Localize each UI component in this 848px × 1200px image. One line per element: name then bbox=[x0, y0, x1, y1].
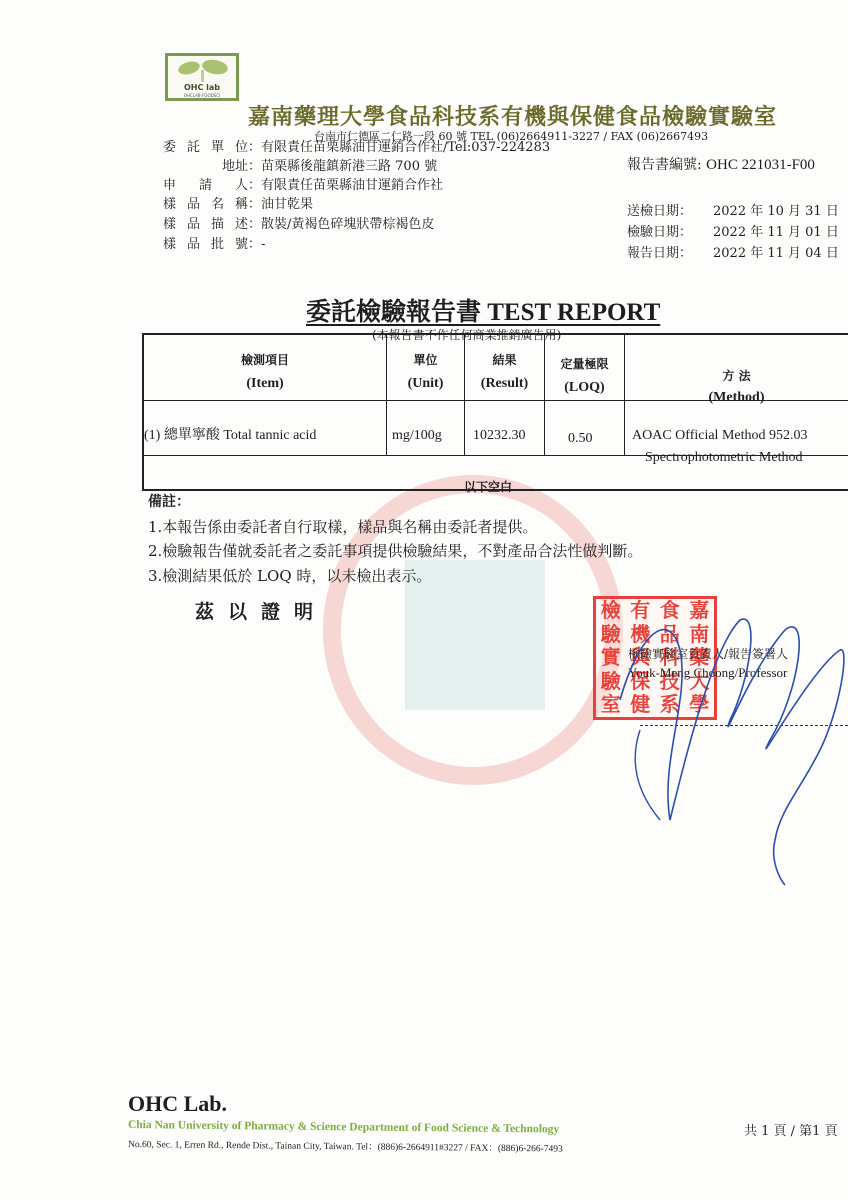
col-header-loq: 定量極限 (LOQ) bbox=[545, 356, 624, 396]
info-label: 樣品批號 bbox=[163, 236, 248, 253]
page-number: 共 1 頁 / 第1 頁 bbox=[744, 1120, 838, 1139]
info-label: 地址 bbox=[163, 158, 248, 175]
info-value: 苗栗縣後龍鎮新港三路 700 號 bbox=[261, 158, 437, 175]
header-en: (Method) bbox=[625, 390, 848, 406]
ohc-lab-logo: OHC lab OHCLAB-FOODSCI bbox=[165, 53, 239, 101]
header-en: (LOQ) bbox=[545, 380, 624, 396]
table-border-top bbox=[142, 333, 848, 335]
client-info-row: 樣品名稱：油甘乾果 bbox=[163, 196, 313, 213]
info-label: 樣品名稱 bbox=[163, 196, 248, 213]
lab-title: 嘉南藥理大學食品科技系有機與保健食品檢驗實驗室 bbox=[248, 100, 777, 131]
report-date: 報告日期：2022 年 11 月 04 日 bbox=[627, 242, 839, 261]
certification-text: 茲以證明 bbox=[195, 597, 327, 624]
col-header-result: 結果 (Result) bbox=[465, 352, 544, 392]
header-en: (Item) bbox=[144, 376, 386, 392]
date-label: 送檢日期： bbox=[627, 200, 713, 219]
col-header-unit: 單位 (Unit) bbox=[387, 352, 464, 392]
leaf-icon bbox=[201, 58, 229, 76]
date-value: 2022 年 10 月 31 日 bbox=[713, 204, 839, 219]
header-zh: 定量極限 bbox=[560, 357, 608, 371]
note-item: 3.檢測結果低於 LOQ 時，以未檢出表示。 bbox=[148, 565, 431, 586]
info-label: 申請人 bbox=[163, 177, 248, 194]
cell-item: (1) 總單寧酸 Total tannic acid bbox=[144, 424, 316, 444]
info-label: 樣品描述 bbox=[163, 216, 248, 233]
report-number-label: 報告書編號: bbox=[627, 157, 702, 173]
stem-icon bbox=[201, 70, 204, 82]
footer-lab-name: OHC Lab. bbox=[128, 1091, 227, 1117]
cell-method-line1: AOAC Official Method 952.03 bbox=[632, 428, 808, 444]
end-of-table-marker: 以下空白 bbox=[464, 478, 512, 495]
header-zh: 單位 bbox=[413, 353, 437, 367]
header-en: (Result) bbox=[465, 376, 544, 392]
date-value: 2022 年 11 月 04 日 bbox=[713, 246, 839, 261]
cell-result: 10232.30 bbox=[473, 428, 526, 444]
header-en: (Unit) bbox=[387, 376, 464, 392]
info-label: 委託單位 bbox=[163, 139, 248, 156]
client-info-row: 申請人：有限責任苗栗縣油甘運銷合作社 bbox=[163, 177, 443, 194]
note-item: 2.檢驗報告僅就委託者之委託事項提供檢驗結果，不對產品合法性做判斷。 bbox=[148, 540, 642, 561]
test-date: 檢驗日期：2022 年 11 月 01 日 bbox=[627, 221, 839, 240]
header-zh: 方 法 bbox=[722, 369, 750, 383]
header-zh: 結果 bbox=[492, 353, 516, 367]
info-value: 有限責任苗栗縣油甘運銷合作社/Tel:037-224283 bbox=[261, 139, 550, 156]
header-zh: 檢測項目 bbox=[241, 353, 289, 367]
footer-university: Chia Nan University of Pharmacy & Scienc… bbox=[128, 1119, 559, 1136]
client-info-row: 樣品批號：- bbox=[163, 236, 265, 253]
footer-address: No.60, Sec. 1, Erren Rd., Rende Dist., T… bbox=[128, 1136, 563, 1155]
handwritten-signature bbox=[600, 590, 848, 890]
logo-subtext: OHCLAB-FOODSCI bbox=[168, 93, 236, 98]
logo-text: OHC lab bbox=[168, 83, 236, 92]
report-number: 報告書編號: OHC 221031-F00 bbox=[627, 154, 815, 174]
submit-date: 送檢日期：2022 年 10 月 31 日 bbox=[627, 200, 839, 219]
date-label: 報告日期： bbox=[627, 242, 713, 261]
date-label: 檢驗日期： bbox=[627, 221, 713, 240]
col-header-method: 方 法 (Method) bbox=[625, 368, 848, 406]
cell-loq: 0.50 bbox=[568, 431, 593, 447]
report-title: 委託檢驗報告書 TEST REPORT bbox=[306, 292, 660, 328]
note-item: 1.本報告係由委託者自行取樣，樣品與名稱由委託者提供。 bbox=[148, 516, 537, 537]
cell-method-line2: Spectrophotometric Method bbox=[645, 450, 802, 466]
client-info-row: 地址：苗栗縣後龍鎮新港三路 700 號 bbox=[163, 158, 437, 175]
report-number-value: OHC 221031-F00 bbox=[706, 157, 815, 173]
leaf-icon bbox=[177, 59, 201, 76]
info-value: 有限責任苗栗縣油甘運銷合作社 bbox=[261, 177, 443, 194]
client-info-row: 樣品描述：散裝/黃褐色碎塊狀帶棕褐色皮 bbox=[163, 216, 434, 233]
client-info-row: 委託單位：有限責任苗栗縣油甘運銷合作社/Tel:037-224283 bbox=[163, 139, 550, 156]
col-header-item: 檢測項目 (Item) bbox=[144, 352, 386, 392]
notes-heading: 備註： bbox=[148, 491, 190, 511]
cell-unit: mg/100g bbox=[392, 428, 442, 444]
info-value: - bbox=[261, 236, 265, 253]
info-value: 油甘乾果 bbox=[261, 196, 313, 213]
date-value: 2022 年 11 月 01 日 bbox=[713, 225, 839, 240]
info-value: 散裝/黃褐色碎塊狀帶棕褐色皮 bbox=[261, 216, 434, 233]
